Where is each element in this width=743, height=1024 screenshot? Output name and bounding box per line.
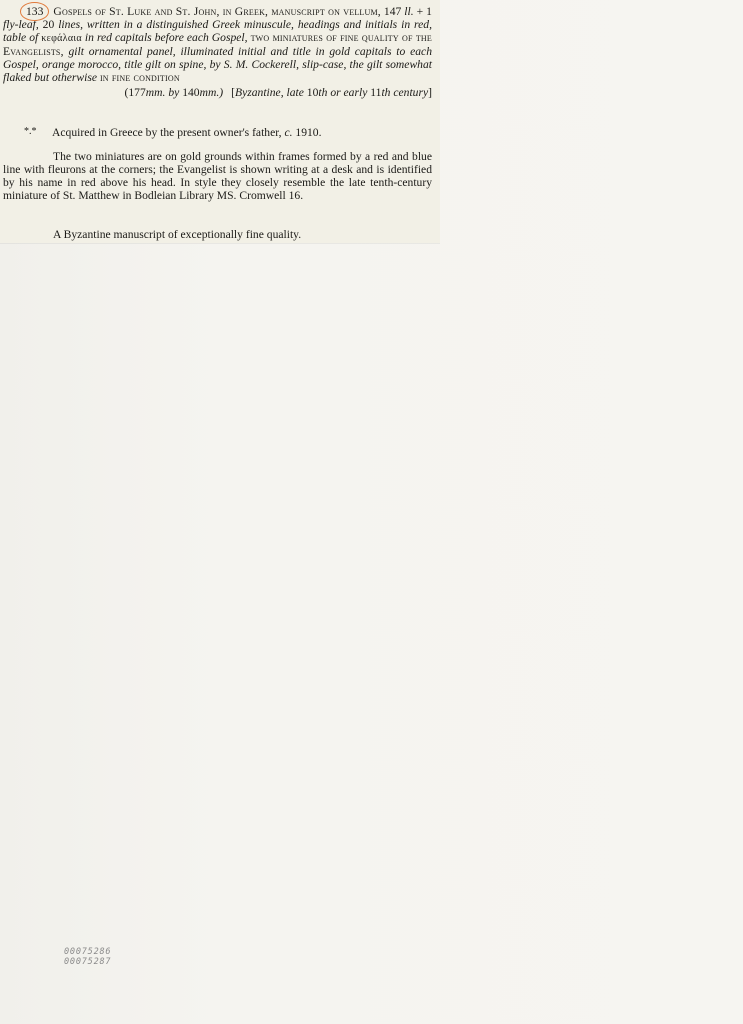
desc-text: ll.	[404, 5, 413, 18]
dimensions-line: (177mm. by 140mm.)[Byzantine, late 10th …	[3, 86, 432, 99]
inventory-number: 00075287	[64, 957, 111, 967]
desc-text: gilt ornamental panel, illuminated initi…	[3, 45, 432, 84]
asterism-icon: *.*	[24, 125, 52, 138]
handwritten-inventory-numbers: 00075286 00075287	[64, 947, 111, 967]
line-count: 20	[43, 18, 55, 31]
description-note: The two miniatures are on gold grounds w…	[3, 150, 432, 202]
greek-word: κεφάλαια	[41, 33, 82, 44]
desc-text: + 1	[417, 5, 432, 18]
condition-text: in fine condition	[100, 71, 180, 84]
inventory-number: 00075286	[64, 947, 111, 957]
summary-note: A Byzantine manuscript of exceptionally …	[53, 228, 433, 241]
lot-title: Gospels of St. Luke and St. John, in Gre…	[53, 5, 381, 18]
leaf-count: 147	[384, 5, 401, 18]
lot-number: 133	[23, 5, 46, 18]
desc-text: in red capitals before each Gospel,	[85, 31, 248, 44]
provenance-note: *.*Acquired in Greece by the present own…	[24, 125, 424, 139]
lot-entry: 133 Gospels of St. Luke and St. John, in…	[3, 5, 432, 99]
catalogue-slip: 133 Gospels of St. Luke and St. John, in…	[0, 0, 440, 243]
